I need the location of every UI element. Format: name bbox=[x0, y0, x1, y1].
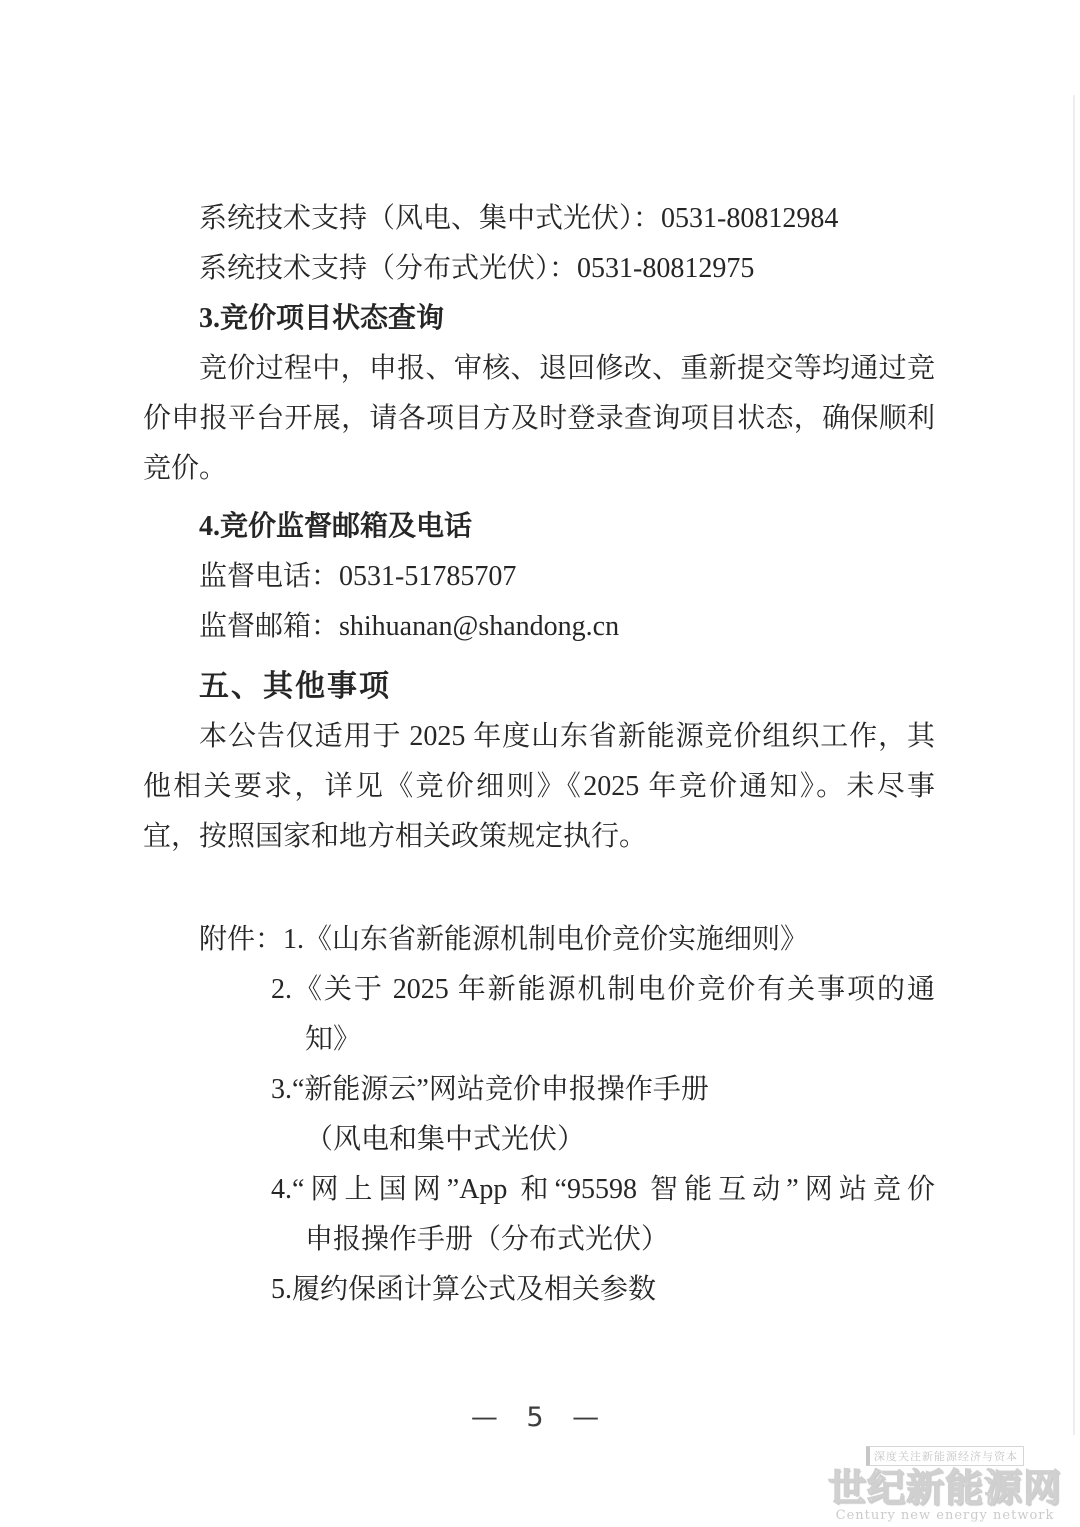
page-number: — 5 — bbox=[0, 1402, 1080, 1433]
document-page: 系统技术支持（风电、集中式光伏）：0531-80812984系统技术支持（分布式… bbox=[0, 0, 1080, 1527]
section-3-paragraph-line-2: 价申报平台开展，请各项目方及时登录查询项目状态，确保顺利 bbox=[143, 398, 935, 448]
section-4-heading: 4.竞价监督邮箱及电话 bbox=[143, 506, 935, 556]
scan-edge-artifact bbox=[1073, 95, 1075, 1435]
attachment-item-2-line-2: 知》 bbox=[143, 1019, 935, 1069]
supervision-phone-line: 监督电话：0531-51785707 bbox=[143, 556, 935, 606]
watermark-tagline: 深度关注新能源经济与资本 bbox=[866, 1446, 1024, 1466]
attachments-label-item-1: 附件：1.《山东省新能源机制电价竞价实施细则》 bbox=[143, 919, 935, 969]
section-5-paragraph-line-3: 宜，按照国家和地方相关政策规定执行。 bbox=[143, 816, 935, 866]
tech-support-distributed-line: 系统技术支持（分布式光伏）：0531-80812975 bbox=[143, 248, 935, 298]
attachment-item-2-line-1: 2.《关于 2025 年新能源机制电价竞价有关事项的通 bbox=[143, 969, 935, 1019]
watermark-title: 世纪新能源网 bbox=[822, 1467, 1068, 1509]
attachment-item-4-line-2: 申报操作手册（分布式光伏） bbox=[143, 1219, 935, 1269]
watermark: 深度关注新能源经济与资本 世纪新能源网 Century new energy n… bbox=[822, 1446, 1068, 1523]
section-5-heading: 五、其他事项 bbox=[143, 666, 935, 716]
section-3-heading: 3.竞价项目状态查询 bbox=[143, 298, 935, 348]
attachment-item-3-line-1: 3.“新能源云”网站竞价申报操作手册 bbox=[143, 1069, 935, 1119]
document-body: 系统技术支持（风电、集中式光伏）：0531-80812984系统技术支持（分布式… bbox=[143, 198, 935, 1319]
section-3-paragraph-line-3: 竞价。 bbox=[143, 448, 935, 498]
section-3-paragraph-line-1: 竞价过程中，申报、审核、退回修改、重新提交等均通过竞 bbox=[143, 348, 935, 398]
watermark-subtitle: Century new energy network bbox=[822, 1508, 1068, 1523]
attachment-item-3-line-2: （风电和集中式光伏） bbox=[143, 1119, 935, 1169]
attachment-item-5: 5.履约保函计算公式及相关参数 bbox=[143, 1269, 935, 1319]
section-5-paragraph-line-1: 本公告仅适用于 2025 年度山东省新能源竞价组织工作，其 bbox=[143, 716, 935, 766]
attachment-item-4-line-1: 4.“网上国网”App 和“95598 智能互动”网站竞价 bbox=[143, 1169, 935, 1219]
tech-support-wind-centralized-line: 系统技术支持（风电、集中式光伏）：0531-80812984 bbox=[143, 198, 935, 248]
supervision-email-line: 监督邮箱：shihuanan@shandong.cn bbox=[143, 606, 935, 656]
section-5-paragraph-line-2: 他相关要求，详见《竞价细则》《2025 年竞价通知》。未尽事 bbox=[143, 766, 935, 816]
